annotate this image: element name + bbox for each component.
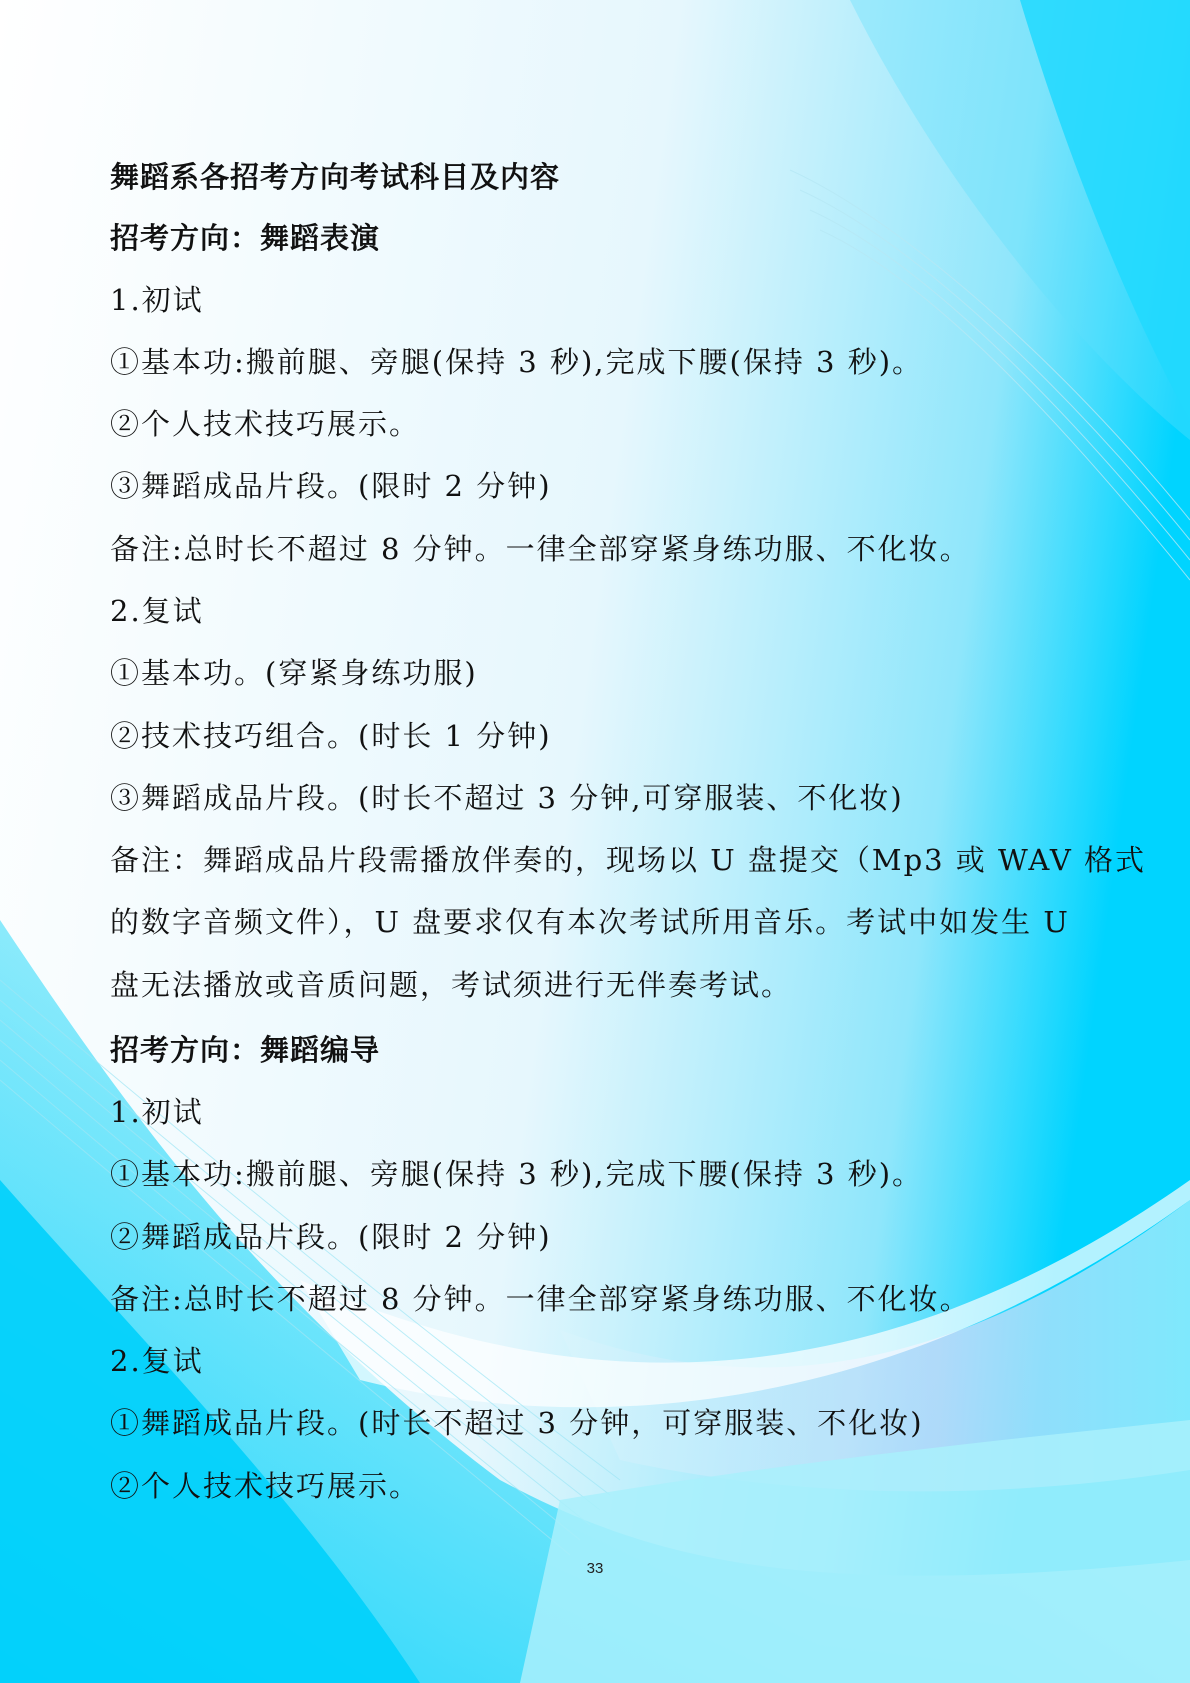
note: 备注:总时长不超过 8 分钟。一律全部穿紧身练功服、不化妆。 [110, 1279, 971, 1319]
paragraph: ②技术技巧组合。(时长 1 分钟) [110, 716, 552, 756]
subsection-heading: 1.初试 [110, 280, 204, 320]
section-heading: 招考方向：舞蹈表演 [110, 218, 380, 258]
note: 盘无法播放或音质问题，考试须进行无伴奏考试。 [110, 965, 792, 1005]
subsection-heading: 2.复试 [110, 1341, 204, 1381]
document-title: 舞蹈系各招考方向考试科目及内容 [110, 157, 560, 197]
paragraph: ③舞蹈成品片段。(限时 2 分钟) [110, 466, 552, 506]
paragraph: ①基本功:搬前腿、旁腿(保持 3 秒),完成下腰(保持 3 秒)。 [110, 342, 923, 382]
paragraph: ①基本功:搬前腿、旁腿(保持 3 秒),完成下腰(保持 3 秒)。 [110, 1154, 923, 1194]
subsection-heading: 1.初试 [110, 1092, 204, 1132]
note: 备注:总时长不超过 8 分钟。一律全部穿紧身练功服、不化妆。 [110, 529, 971, 569]
paragraph: ①舞蹈成品片段。(时长不超过 3 分钟，可穿服装、不化妆) [110, 1403, 924, 1443]
paragraph: ②个人技术技巧展示。 [110, 404, 420, 444]
paragraph: ①基本功。(穿紧身练功服) [110, 653, 478, 693]
note: 备注：舞蹈成品片段需播放伴奏的，现场以 U 盘提交（Mp3 或 WAV 格式 [110, 840, 1146, 880]
paragraph: ②舞蹈成品片段。(限时 2 分钟) [110, 1217, 552, 1257]
page-number: 33 [0, 1560, 1190, 1577]
subsection-heading: 2.复试 [110, 591, 204, 631]
document-page: 舞蹈系各招考方向考试科目及内容 招考方向：舞蹈表演 1.初试 ①基本功:搬前腿、… [0, 0, 1190, 1683]
note: 的数字音频文件），U 盘要求仅有本次考试所用音乐。考试中如发生 U [110, 902, 1070, 942]
paragraph: ②个人技术技巧展示。 [110, 1466, 420, 1506]
paragraph: ③舞蹈成品片段。(时长不超过 3 分钟,可穿服装、不化妆) [110, 778, 904, 818]
section-heading: 招考方向：舞蹈编导 [110, 1030, 380, 1070]
